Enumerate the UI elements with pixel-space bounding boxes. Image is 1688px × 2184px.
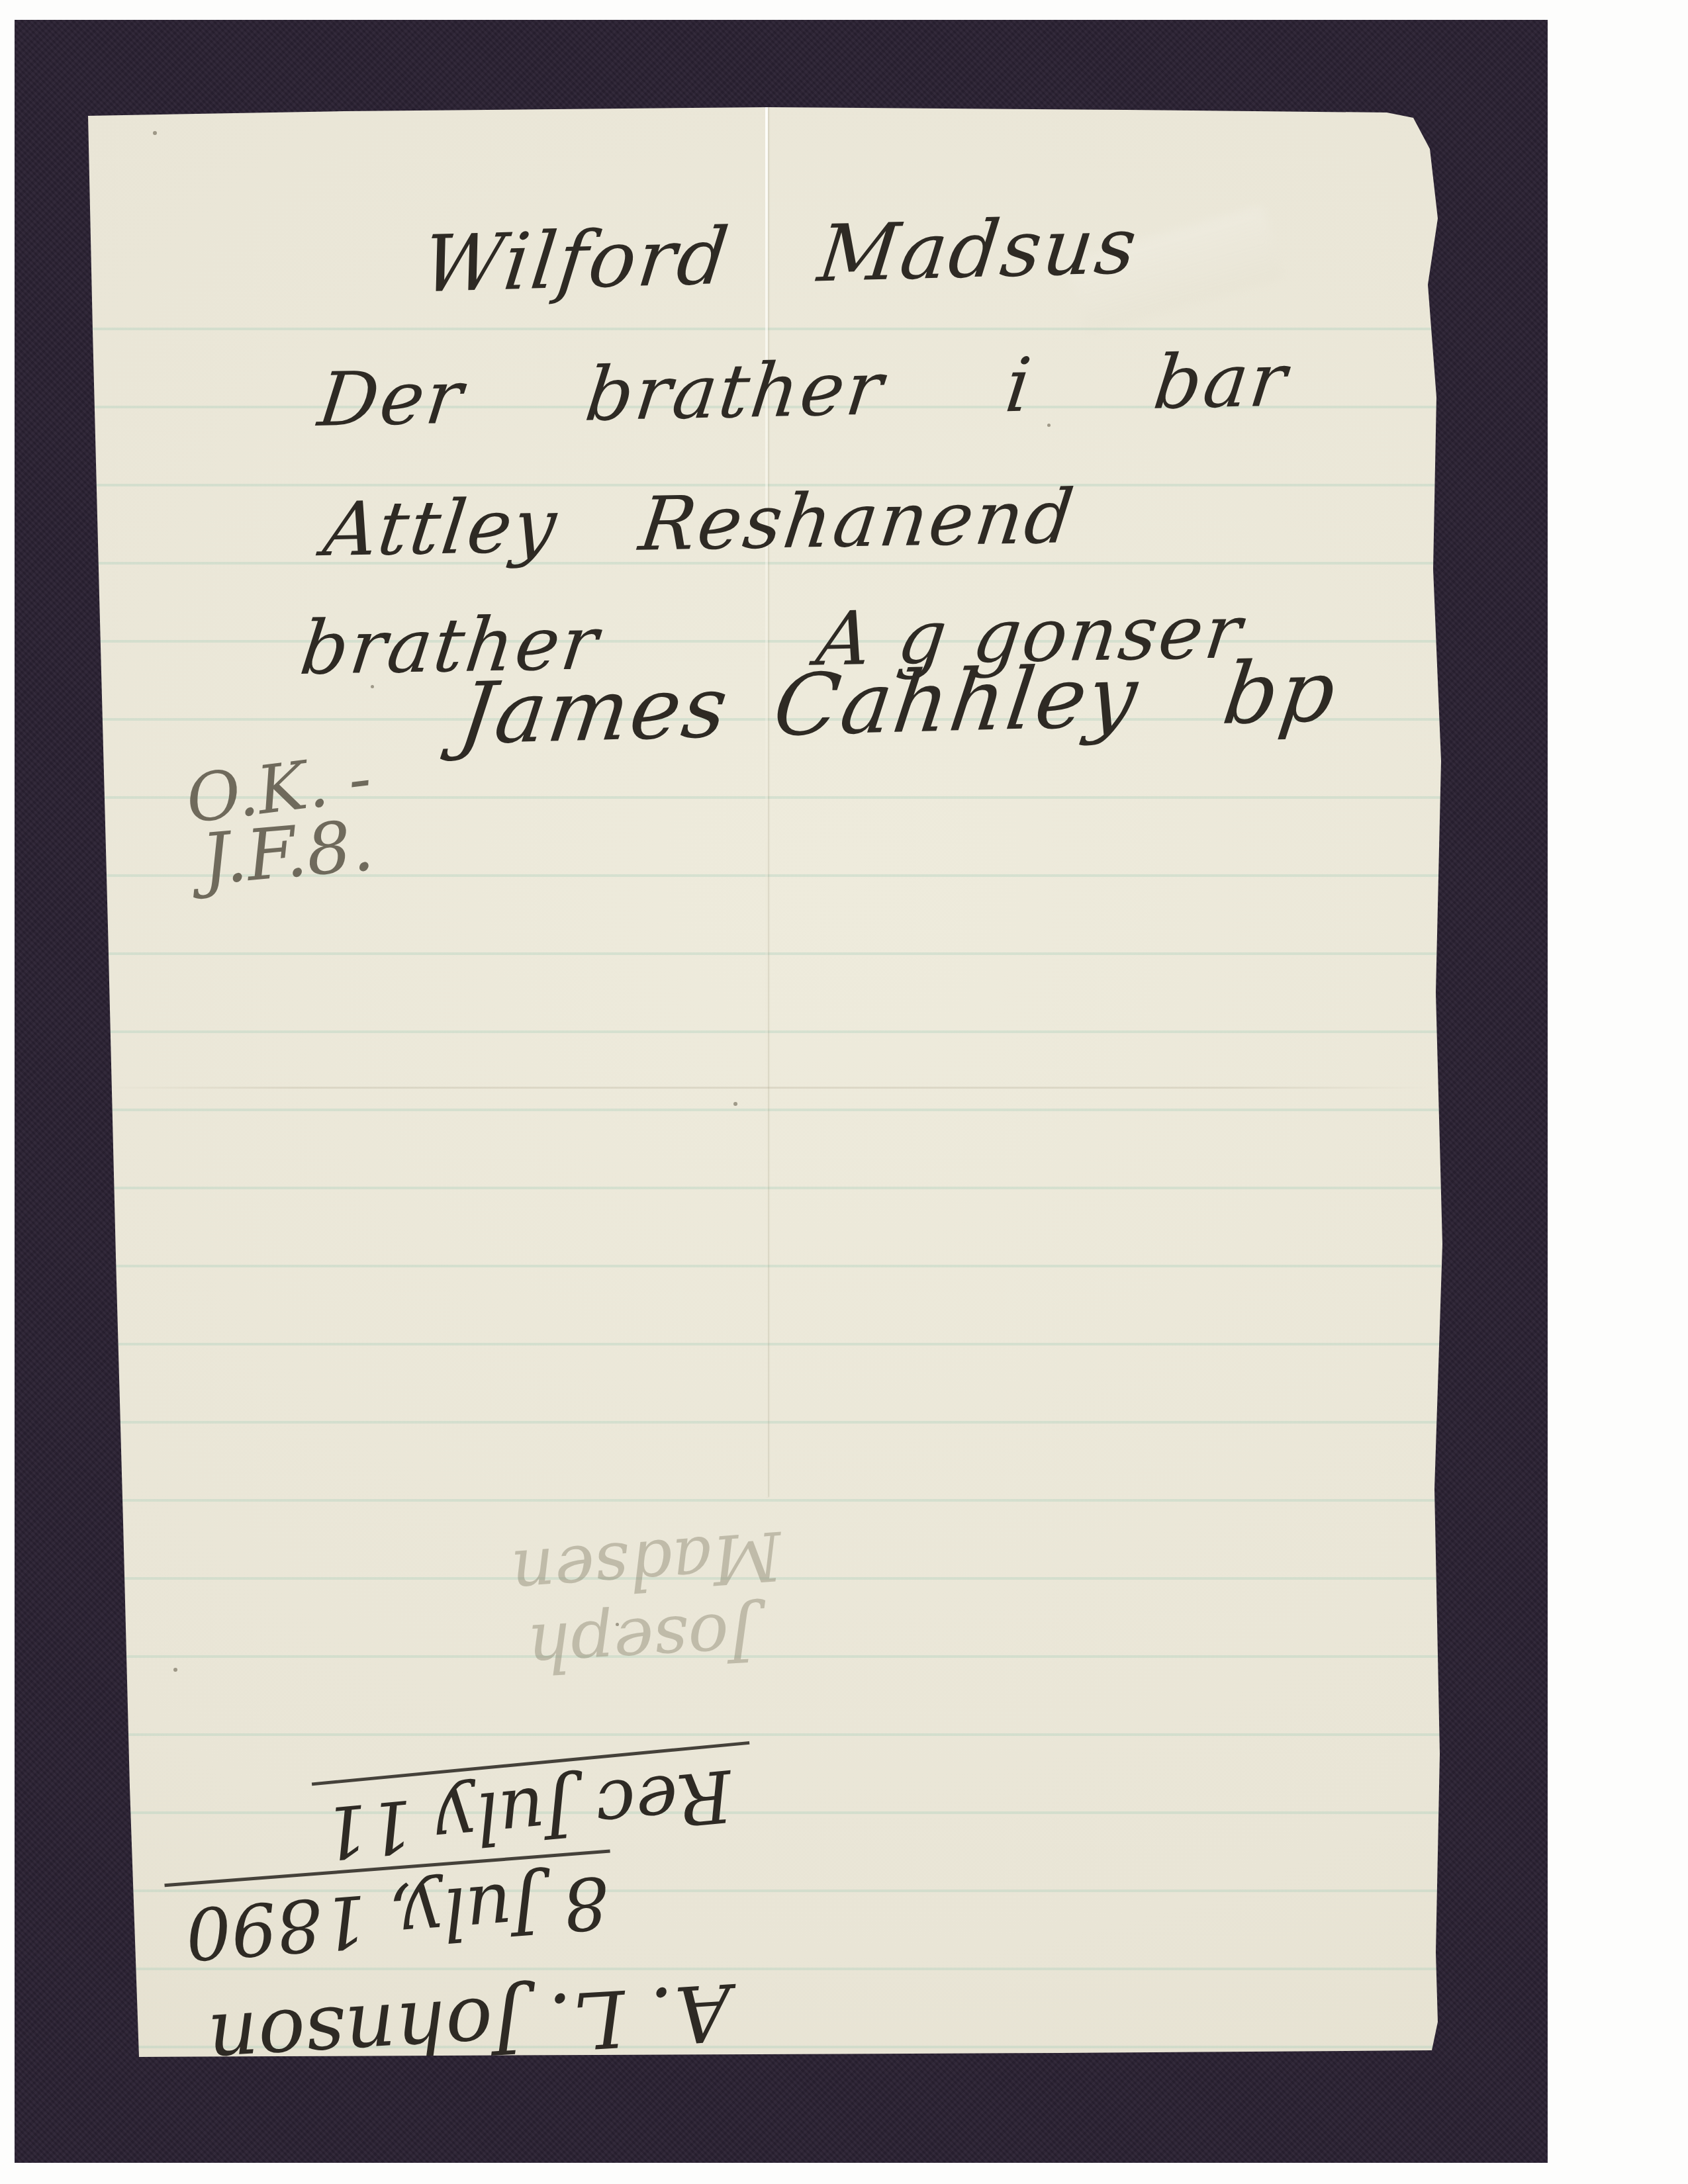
handwritten-word: i [1002,342,1037,429]
handwritten-word: Attley [319,483,563,573]
handwritten-word: bar [1149,337,1293,426]
faint-upside-down-pencil-name: Joseph Madsen [361,1501,787,1676]
paper-speck [173,1668,177,1672]
handwritten-word: Cahhley [768,647,1145,756]
handwritten-word: Madsus [814,200,1143,300]
vertical-fold-crease [765,107,768,1497]
paper-speck [733,1102,737,1106]
handwritten-word: brather [581,345,889,438]
horizontal-fold-crease [99,1087,1431,1089]
handwritten-word: bp [1217,642,1343,744]
handwritten-word: Wilford [418,210,735,310]
handwritten-word: Reshanend [635,474,1080,568]
handwritten-word: James [453,658,735,764]
paper-speck [153,131,157,135]
pencil-initials-mark: J.F.8. [199,805,377,901]
handwritten-ink-line-1: WilfordMadsus [418,200,1143,310]
upside-down-ink-block: A. L. Johnson 8 July, 1890 Rec July 11 [154,1696,773,2066]
handwritten-word: Der [314,354,469,443]
handwritten-ink-line-3: AttleyReshanend [319,474,1080,573]
scanned-document-page: WilfordMadsus Derbratheribar AttleyResha… [0,0,1688,2184]
